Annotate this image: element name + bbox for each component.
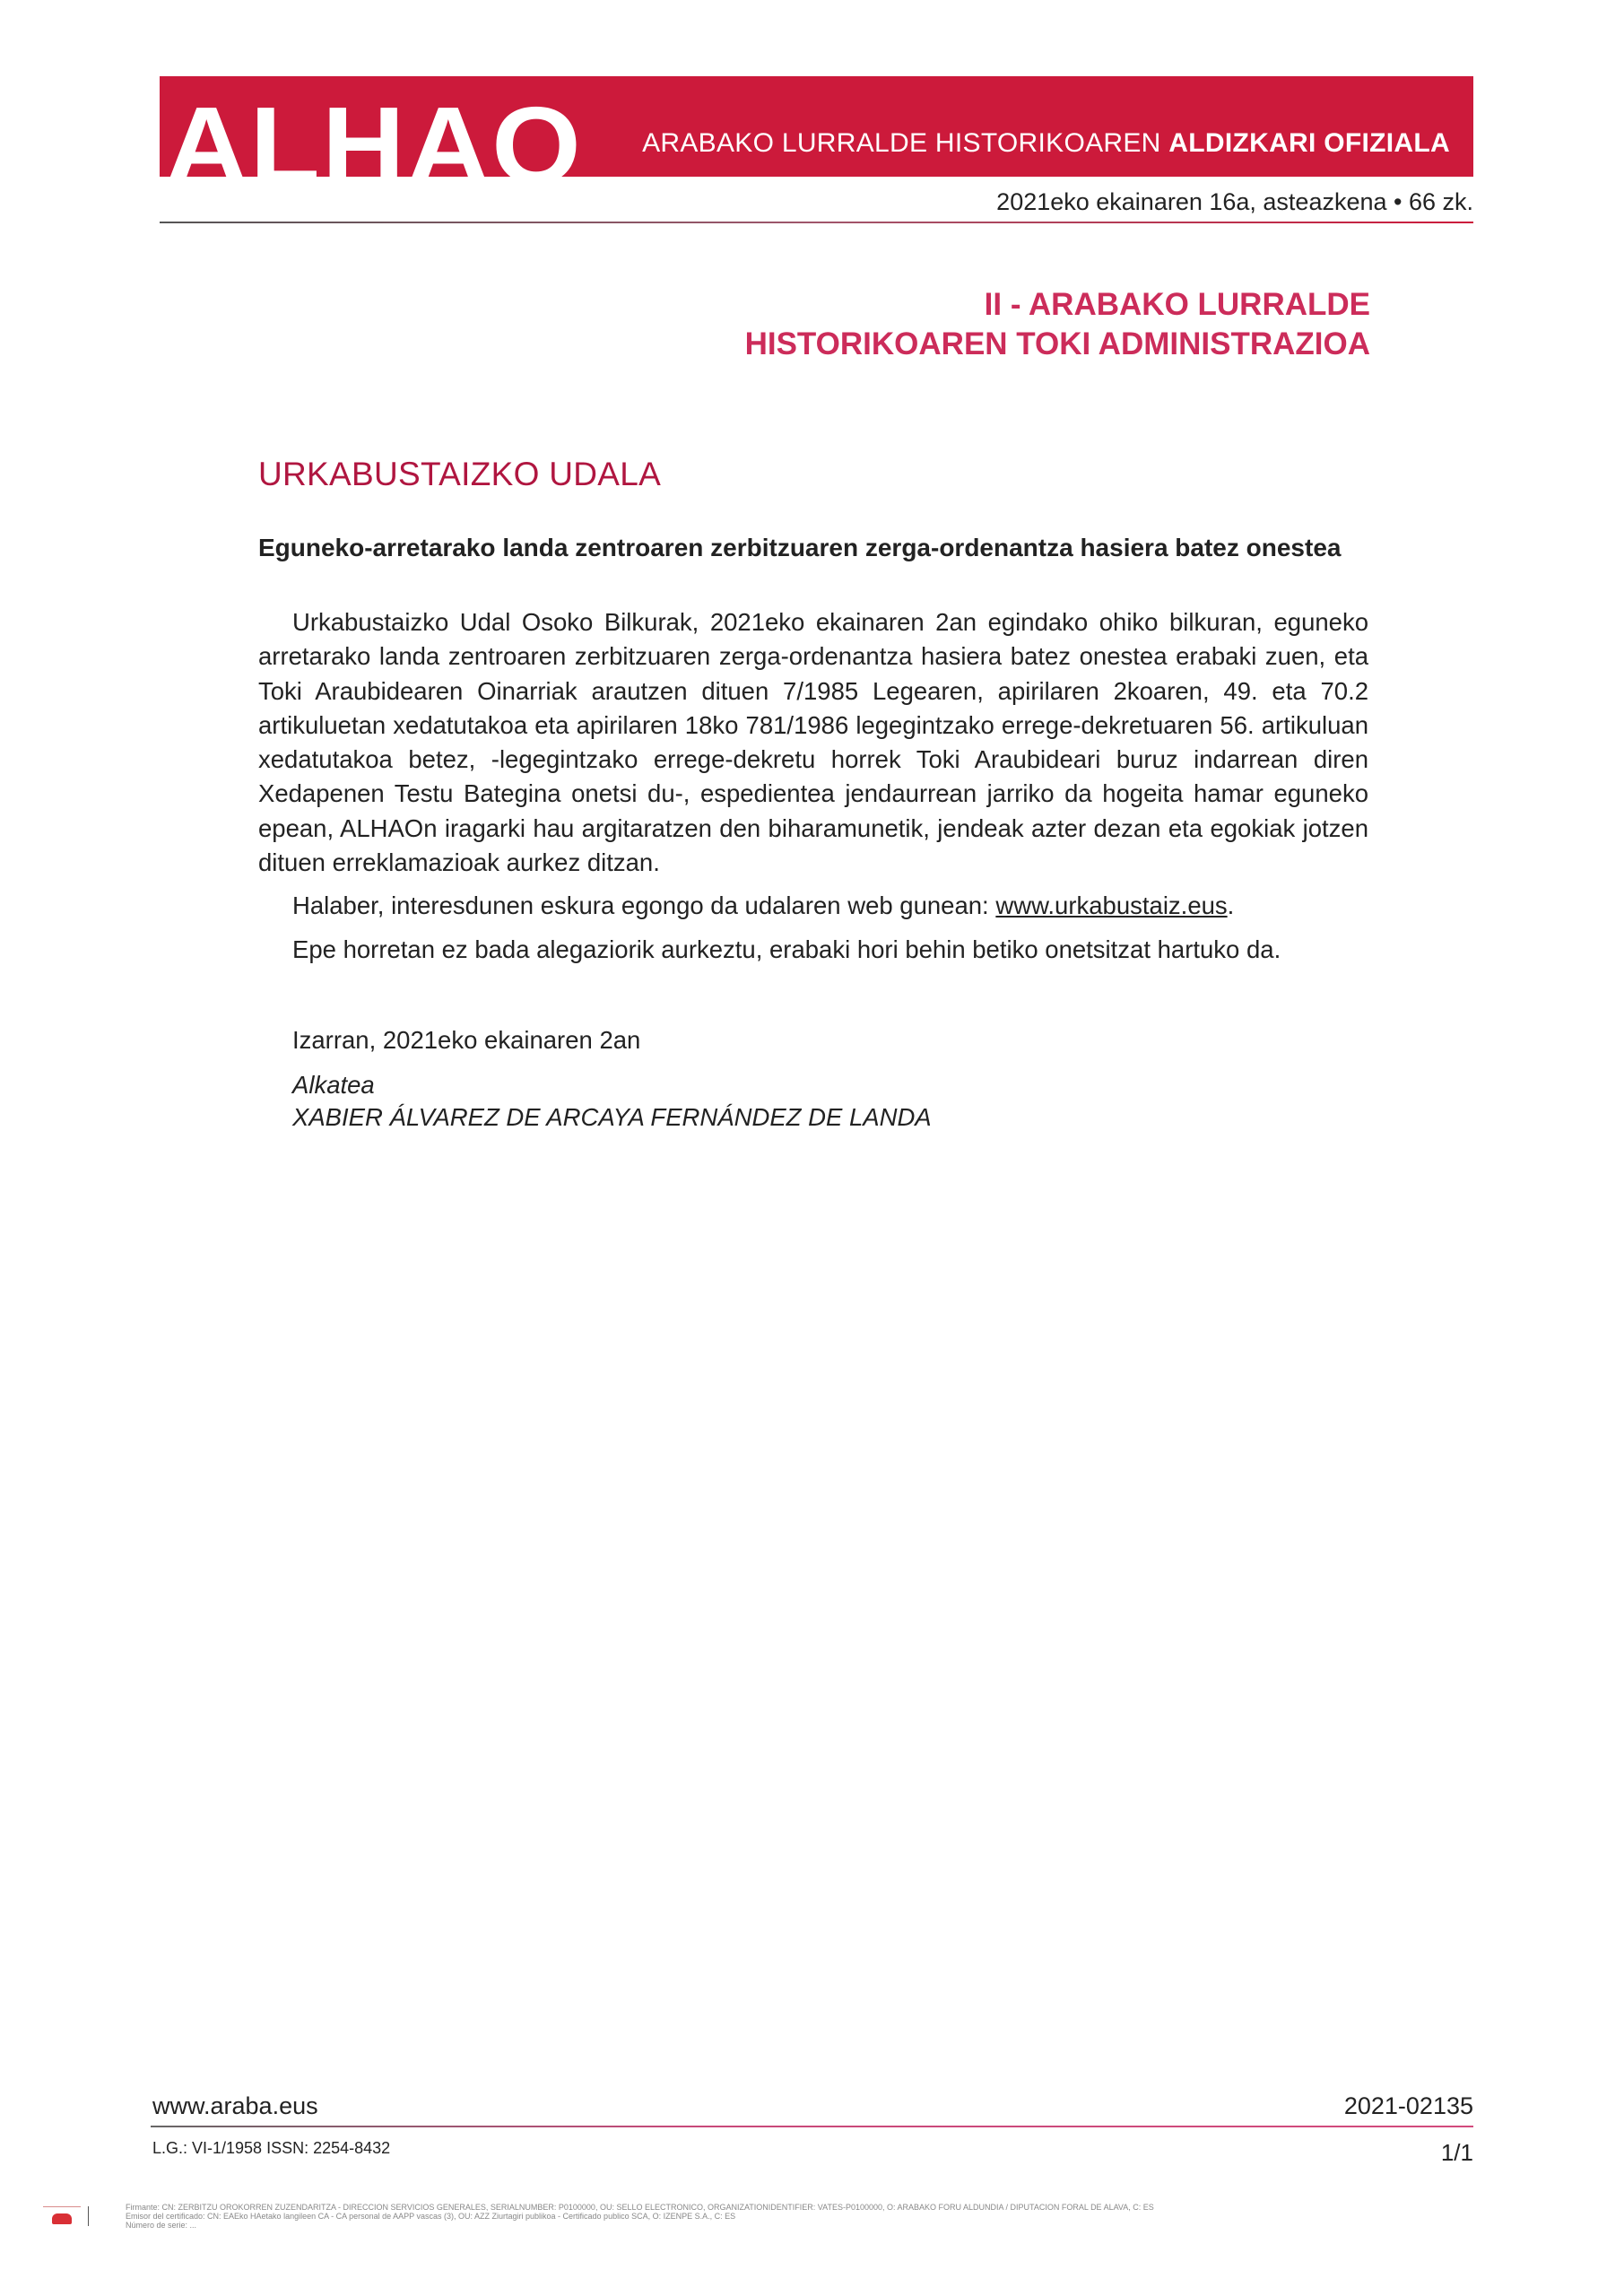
electronic-signature-text: Firmante: CN: ZERBITZU OROKORREN ZUZENDA… [126, 2203, 1202, 2230]
alhao-logo: ALHAO [165, 78, 583, 177]
publication-title-bold: ALDIZKARI OFIZIALA [1168, 128, 1450, 158]
signer-role: Alkatea [292, 1069, 932, 1101]
paragraph-2-text: Halaber, interesdunen eskura egongo da u… [292, 891, 995, 919]
electronic-seal-icon [52, 2213, 72, 2224]
section-heading-line1: II - ARABAKO LURRALDE [745, 285, 1370, 325]
signer-name: XABIER ÁLVAREZ DE ARCAYA FERNÁNDEZ DE LA… [292, 1101, 932, 1134]
section-heading: II - ARABAKO LURRALDE HISTORIKOAREN TOKI… [745, 285, 1370, 364]
footer-divider [151, 2126, 1473, 2127]
legal-deposit-issn: L.G.: VI-1/1958 ISSN: 2254-8432 [152, 2139, 390, 2158]
paragraph-3: Epe horretan ez bada alegaziorik aurkezt… [258, 933, 1368, 967]
section-heading-line2: HISTORIKOAREN TOKI ADMINISTRAZIOA [745, 325, 1370, 364]
paragraph-2: Halaber, interesdunen eskura egongo da u… [258, 889, 1368, 923]
signature-line-2: Emisor del certificado: CN: EAEko HAetak… [126, 2212, 1202, 2221]
publication-banner: ALHAO ARABAKO LURRALDE HISTORIKOAREN ALD… [160, 76, 1473, 177]
signature-block: Izarran, 2021eko ekainaren 2an Alkatea X… [292, 1024, 932, 1134]
place-date: Izarran, 2021eko ekainaren 2an [292, 1024, 932, 1057]
notice-body: Urkabustaizko Udal Osoko Bilkurak, 2021e… [258, 605, 1368, 967]
signature-line-1: Firmante: CN: ZERBITZU OROKORREN ZUZENDA… [126, 2203, 1202, 2212]
seal-bracket [88, 2206, 89, 2226]
paragraph-2-end: . [1228, 891, 1235, 919]
issue-date-number: 2021eko ekainaren 16a, asteazkena • 66 z… [996, 188, 1473, 216]
notice-subject: Eguneko-arretarako landa zentroaren zerb… [258, 534, 1341, 562]
organization-name: URKABUSTAIZKO UDALA [258, 456, 661, 493]
header-divider [160, 222, 1473, 223]
signature-line-3: Número de serie: ... [126, 2221, 1202, 2230]
publication-title-regular: ARABAKO LURRALDE HISTORIKOAREN [642, 128, 1168, 158]
document-number: 2021-02135 [1344, 2092, 1473, 2120]
footer-website-link[interactable]: www.araba.eus [152, 2092, 318, 2120]
page-number: 1/1 [1441, 2139, 1473, 2167]
publication-title: ARABAKO LURRALDE HISTORIKOAREN ALDIZKARI… [642, 128, 1450, 159]
municipality-website-link[interactable]: www.urkabustaiz.eus [995, 891, 1227, 919]
seal-line [43, 2206, 81, 2207]
paragraph-1: Urkabustaizko Udal Osoko Bilkurak, 2021e… [258, 605, 1368, 880]
